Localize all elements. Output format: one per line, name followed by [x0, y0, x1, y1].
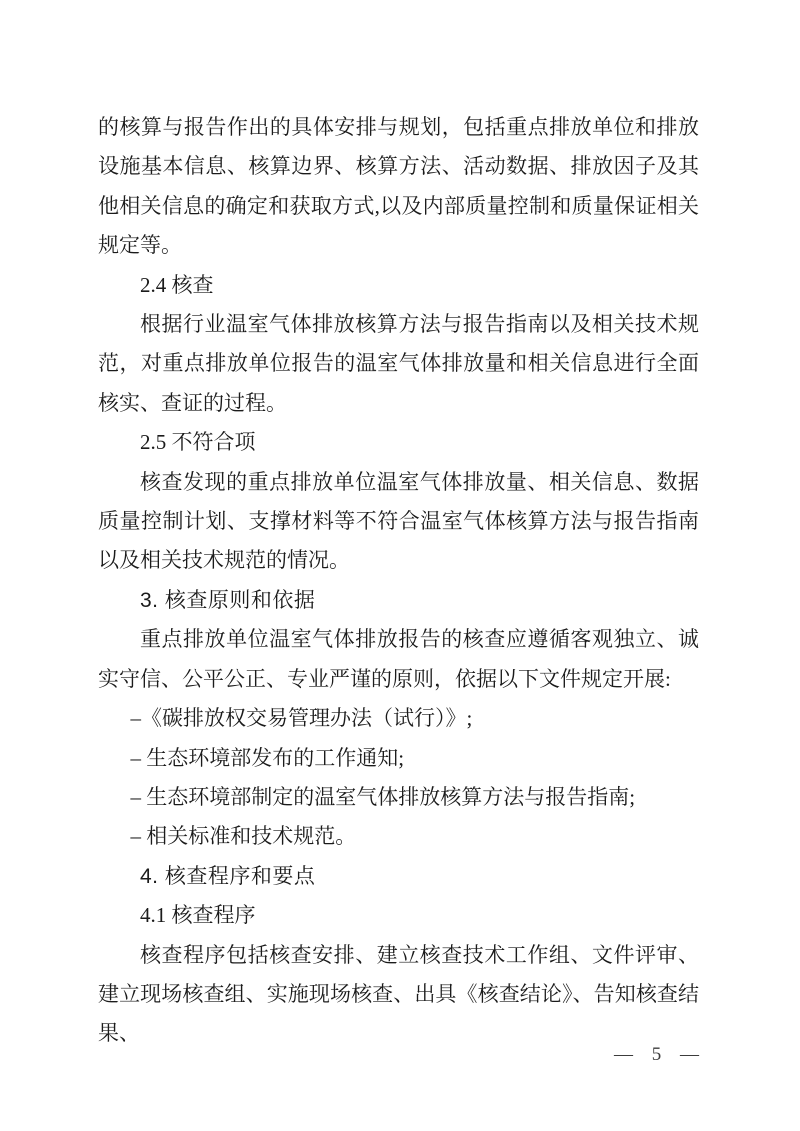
paragraph-procedure-steps: 核查程序包括核查安排、建立核查技术工作组、文件评审、建立现场核查组、实施现场核查… — [98, 936, 699, 1054]
paragraph-monitoring-plan-continuation: 的核算与报告作出的具体安排与规划，包括重点排放单位和排放设施基本信息、核算边界、… — [98, 108, 699, 266]
paragraph-verification-principles: 重点排放单位温室气体排放报告的核查应遵循客观独立、诚实守信、公平公正、专业严谨的… — [98, 620, 699, 699]
paragraph-nonconformity-definition: 核查发现的重点排放单位温室气体排放量、相关信息、数据质量控制计划、支撑材料等不符… — [98, 463, 699, 581]
heading-2-4-verification: 2.4 核查 — [98, 266, 699, 305]
list-item-basis-3: – 生态环境部制定的温室气体排放核算方法与报告指南; — [98, 778, 699, 817]
heading-4-1-procedure: 4.1 核查程序 — [98, 896, 699, 935]
heading-4-procedure-and-points: 4. 核查程序和要点 — [98, 857, 699, 896]
document-page: 的核算与报告作出的具体安排与规划，包括重点排放单位和排放设施基本信息、核算边界、… — [0, 0, 800, 1131]
heading-2-5-nonconformity: 2.5 不符合项 — [98, 423, 699, 462]
document-body: 的核算与报告作出的具体安排与规划，包括重点排放单位和排放设施基本信息、核算边界、… — [98, 108, 699, 1054]
heading-3-principles-and-basis: 3. 核查原则和依据 — [98, 581, 699, 620]
list-item-basis-4: – 相关标准和技术规范。 — [98, 817, 699, 856]
paragraph-verification-definition: 根据行业温室气体排放核算方法与报告指南以及相关技术规范，对重点排放单位报告的温室… — [98, 305, 699, 423]
list-item-basis-1: –《碳排放权交易管理办法（试行）》; — [98, 699, 699, 738]
page-number: — 5 — — [614, 1043, 699, 1067]
list-item-basis-2: – 生态环境部发布的工作通知; — [98, 739, 699, 778]
